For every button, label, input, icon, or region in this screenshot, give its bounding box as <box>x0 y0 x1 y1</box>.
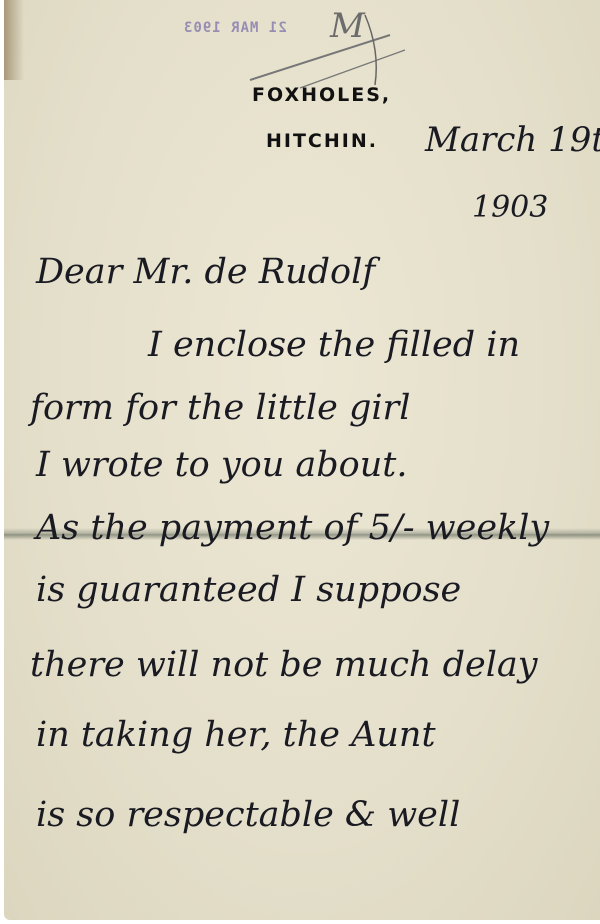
body-line: there will not be much delay <box>30 645 538 685</box>
body-line: in taking her, the Aunt <box>36 715 436 755</box>
body-line: is so respectable & well <box>36 795 460 835</box>
pencil-initials: M <box>330 6 365 46</box>
body-line: As the payment of 5/- weekly <box>36 508 549 548</box>
edge-stain <box>4 0 24 80</box>
body-line: I wrote to you about. <box>36 445 407 485</box>
date-line-2: 1903 <box>472 190 548 225</box>
letterhead-line-1: FOXHOLES, <box>252 84 391 106</box>
body-line: is guaranteed I suppose <box>36 570 461 610</box>
date-line-1: March 19th <box>425 120 600 160</box>
body-line: I enclose the filled in <box>148 325 520 365</box>
salutation: Dear Mr. de Rudolf <box>36 252 375 292</box>
body-line: form for the little girl <box>30 388 410 428</box>
letterhead-line-2: HITCHIN. <box>266 130 378 152</box>
